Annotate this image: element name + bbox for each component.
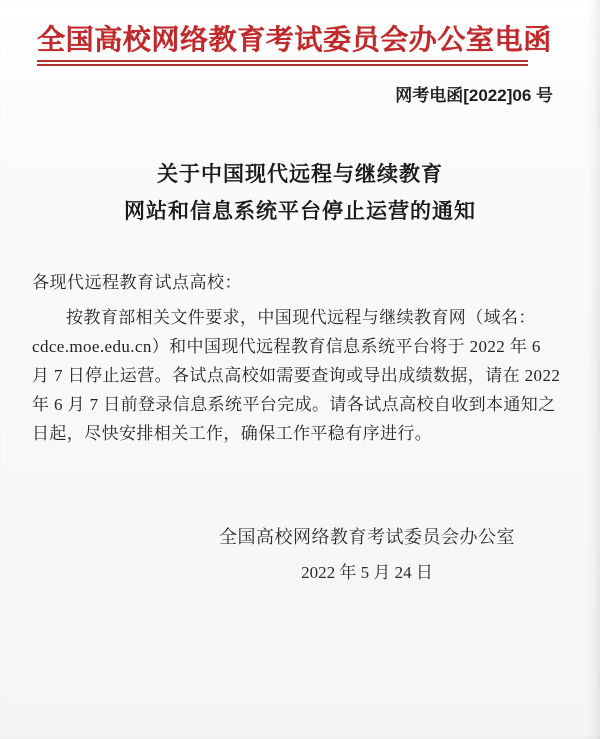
signature-org: 全国高校网络教育考试委员会办公室 xyxy=(219,526,515,548)
body-line: 日起，尽快安排相关工作，确保工作平稳有序进行。 xyxy=(32,419,568,448)
body-paragraph: 按教育部相关文件要求，中国现代远程与继续教育网（域名： cdce.moe.edu… xyxy=(32,303,568,448)
signature-block: 全国高校网络教育考试委员会办公室 2022 年 5 月 24 日 xyxy=(219,526,515,584)
body-line: 年 6 月 7 日前登录信息系统平台完成。请各试点高校自收到本通知之 xyxy=(32,390,568,419)
notice-title-line1: 关于中国现代远程与继续教育 xyxy=(0,156,600,193)
notice-document: 全国高校网络教育考试委员会办公室电函 网考电函[2022]06 号 关于中国现代… xyxy=(0,0,600,739)
letterhead-rule-divider xyxy=(37,60,528,66)
document-number: 网考电函[2022]06 号 xyxy=(0,86,553,106)
salutation: 各现代远程教育试点高校： xyxy=(32,268,568,297)
notice-title-line2: 网站和信息系统平台停止运营的通知 xyxy=(0,193,600,230)
body-line: 按教育部相关文件要求，中国现代远程与继续教育网（域名： xyxy=(32,303,568,332)
letterhead-title: 全国高校网络教育考试委员会办公室电函 xyxy=(37,24,528,56)
body-line: cdce.moe.edu.cn）和中国现代远程教育信息系统平台将于 2022 年… xyxy=(32,332,568,361)
notice-title: 关于中国现代远程与继续教育 网站和信息系统平台停止运营的通知 xyxy=(0,156,600,230)
notice-body: 各现代远程教育试点高校： 按教育部相关文件要求，中国现代远程与继续教育网（域名：… xyxy=(32,268,568,448)
paper-edge-shading xyxy=(586,0,600,739)
letterhead: 全国高校网络教育考试委员会办公室电函 xyxy=(37,0,528,66)
body-line: 月 7 日停止运营。各试点高校如需要查询或导出成绩数据，请在 2022 xyxy=(32,361,568,390)
signature-date: 2022 年 5 月 24 日 xyxy=(219,562,515,584)
